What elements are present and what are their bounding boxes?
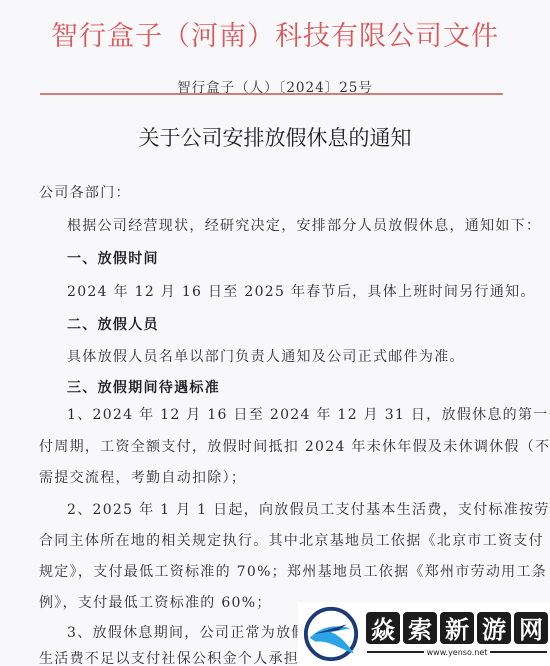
item1-line: 1、2024 年 12 月 16 日至 2024 年 12 月 31 日，放假休… <box>67 404 550 424</box>
red-divider <box>40 93 503 95</box>
section-heading-2: 二、放假人员 <box>67 314 159 334</box>
item3-line: 生活费不足以支付社保公积金个人承担部 <box>39 648 314 666</box>
watermark-url: www.yenso.net <box>367 648 547 657</box>
item2-line: 2、2025 年 1 月 1 日起，向放假员工支付基本生活费，支付标准按劳动 <box>67 499 550 519</box>
watermark-char: 焱 <box>366 612 400 644</box>
item1-line: 需提交流程，考勤自动扣除）； <box>39 467 246 487</box>
watermark-char: 游 <box>477 612 511 644</box>
section-heading-1: 一、放假时间 <box>67 248 159 268</box>
watermark-char: 索 <box>403 612 437 644</box>
notice-title: 关于公司安排放假休息的通知 <box>0 122 550 152</box>
document-page: 智行盒子（河南）科技有限公司文件 智行盒子（人）〔2024〕25号 关于公司安排… <box>0 0 550 666</box>
org-title: 智行盒子（河南）科技有限公司文件 <box>0 14 550 53</box>
watermark-char: 网 <box>514 612 548 644</box>
watermark-overlay: 焱 索 新 游 网 www.yenso.net <box>298 602 550 666</box>
item2-line: 规定》，支付最低工资标准的 70%；郑州基地员工依据《郑州市劳动用工条 <box>39 561 547 581</box>
section-heading-3: 三、放假期间待遇标准 <box>67 377 220 397</box>
item1-line: 付周期，工资全额支付，放假时间抵扣 2024 年未休年假及未休调休假（不 <box>39 436 550 456</box>
watermark-char: 新 <box>440 612 474 644</box>
salutation: 公司各部门： <box>39 182 131 202</box>
watermark-url-text: www.yenso.net <box>424 648 491 657</box>
intro-paragraph: 根据公司经营现状，经研究决定，安排部分人员放假休息，通知如下： <box>67 215 541 235</box>
item3-line: 3、放假休息期间，公司正常为放假 <box>67 622 307 642</box>
section-body-2: 具体放假人员名单以部门负责人通知及公司正式邮件为准。 <box>67 346 465 366</box>
watermark-logo-icon <box>302 605 360 663</box>
item2-line: 合同主体所在地的相关规定执行。其中北京基地员工依据《北京市工资支付 <box>39 530 544 550</box>
section-body-1: 2024 年 12 月 16 日至 2025 年春节后，具体上班时间另行通知。 <box>67 281 536 301</box>
item2-line: 例》，支付最低工资标准的 60%； <box>39 592 272 612</box>
